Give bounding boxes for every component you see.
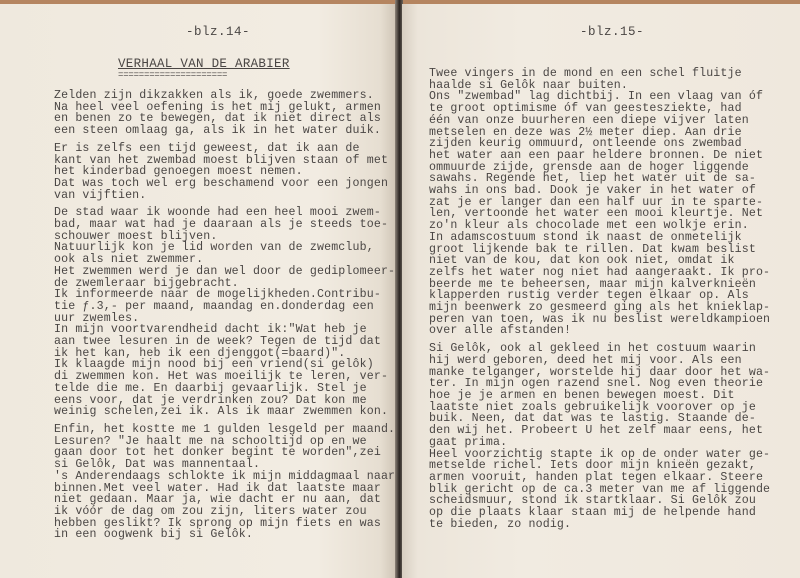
right-page: -blz.15- Twee vingers in de mond en een … xyxy=(402,4,800,578)
page-body-text: Twee vingers in de mond en een schel flu… xyxy=(429,68,770,530)
title-double-underline: ===================== xyxy=(118,71,227,79)
paragraph: Si Gelôk, ook al gekleed in het costuum … xyxy=(429,343,770,530)
paragraph: Twee vingers in de mond en een schel flu… xyxy=(429,68,770,337)
story-title: VERHAAL VAN DE ARABIER xyxy=(118,57,290,71)
page-number: -blz.14- xyxy=(186,25,250,39)
paragraph: Enfin, het kostte me 1 gulden lesgeld pe… xyxy=(54,424,395,541)
paragraph: De stad waar ik woonde had een heel mooi… xyxy=(54,207,395,418)
paragraph: Zelden zijn dikzakken als ik, goede zwem… xyxy=(54,90,395,137)
left-page: -blz.14- VERHAAL VAN DE ARABIER ========… xyxy=(0,4,396,578)
page-body-text: Zelden zijn dikzakken als ik, goede zwem… xyxy=(54,90,395,541)
page-number: -blz.15- xyxy=(580,25,644,39)
paragraph: Er is zelfs een tijd geweest, dat ik aan… xyxy=(54,143,395,202)
